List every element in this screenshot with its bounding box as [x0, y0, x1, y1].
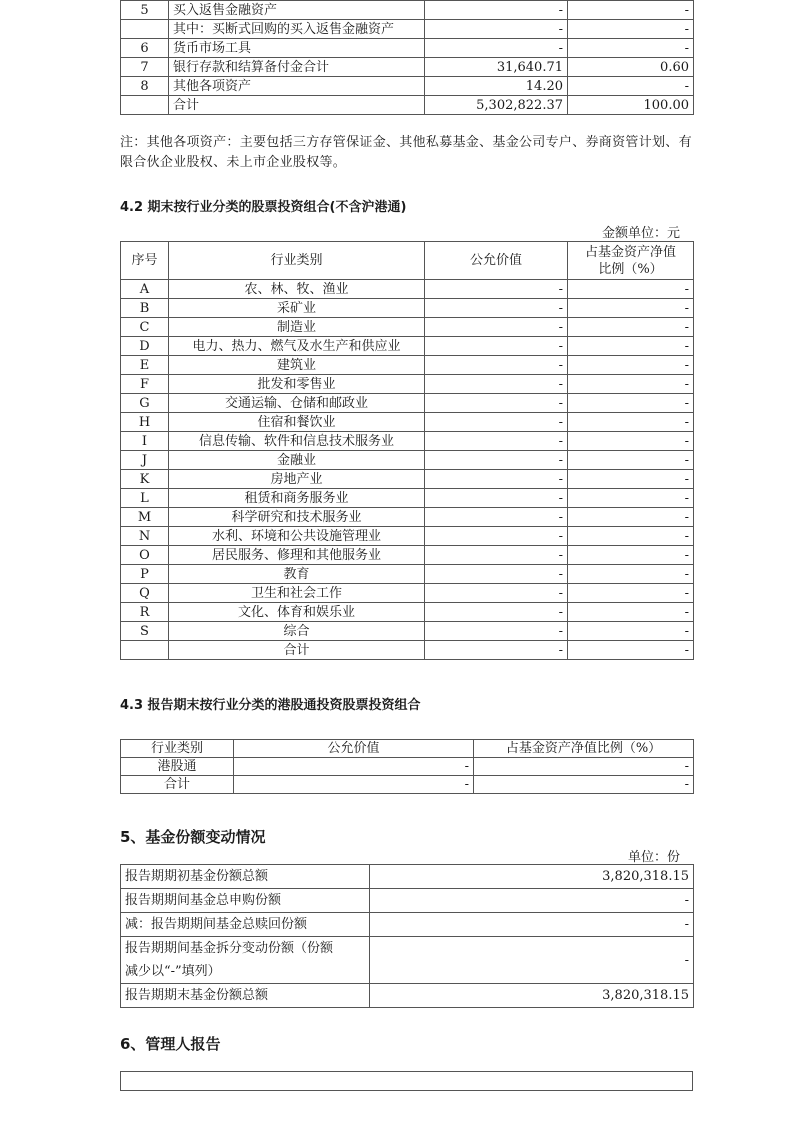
row-code: P [121, 565, 169, 584]
row-category: 农、林、牧、渔业 [169, 280, 425, 299]
row-pct: - [568, 489, 694, 508]
row-category: 房地产业 [169, 470, 425, 489]
section-6-title: 6、管理人报告 [120, 1033, 220, 1054]
row-value: - [425, 546, 568, 565]
row-pct: - [568, 375, 694, 394]
table-row: S综合-- [121, 622, 694, 641]
section-4-3-title: 4.3 报告期末按行业分类的港股通投资股票投资组合 [120, 694, 421, 713]
row-value: - [425, 318, 568, 337]
row-value: - [370, 889, 694, 913]
table-row: N水利、环境和公共设施管理业-- [121, 527, 694, 546]
row-code: K [121, 470, 169, 489]
row-value: - [425, 356, 568, 375]
row-value: - [425, 413, 568, 432]
row-category: 港股通 [121, 758, 234, 776]
row-label: 报告期期间基金拆分变动份额（份额 减少以“-”填列） [121, 937, 370, 984]
row-value: - [234, 758, 474, 776]
section-4-2-title: 4.2 期末按行业分类的股票投资组合(不含沪港通) [120, 196, 406, 215]
row-value: - [425, 375, 568, 394]
row-category: 综合 [169, 622, 425, 641]
section-5-title: 5、基金份额变动情况 [120, 826, 265, 847]
row-code: R [121, 603, 169, 622]
row-category: 科学研究和技术服务业 [169, 508, 425, 527]
row-item: 银行存款和结算备付金合计 [169, 58, 425, 77]
table-row: L租赁和商务服务业-- [121, 489, 694, 508]
row-pct: - [568, 603, 694, 622]
manager-report-box [120, 1071, 693, 1091]
row-category: 批发和零售业 [169, 375, 425, 394]
row-code: C [121, 318, 169, 337]
table-row: G交通运输、仓储和邮政业-- [121, 394, 694, 413]
row-value: - [425, 337, 568, 356]
row-code: S [121, 622, 169, 641]
row-code [121, 641, 169, 660]
row-label: 减：报告期期间基金总赎回份额 [121, 913, 370, 937]
row-category: 合计 [121, 776, 234, 794]
row-category: 租赁和商务服务业 [169, 489, 425, 508]
row-value: - [425, 280, 568, 299]
row-pct: - [568, 451, 694, 470]
industry-stock-table: 序号 行业类别 公允价值 占基金资产净值 比例（%） A农、林、牧、渔业--B采… [120, 241, 694, 660]
header-category: 行业类别 [121, 740, 234, 758]
row-category: 教育 [169, 565, 425, 584]
row-value: - [425, 527, 568, 546]
row-category: 采矿业 [169, 299, 425, 318]
row-pct: - [568, 77, 694, 96]
row-pct: - [568, 565, 694, 584]
table-row: F批发和零售业-- [121, 375, 694, 394]
row-pct: 0.60 [568, 58, 694, 77]
table-row: 港股通-- [121, 758, 694, 776]
table-row: 7银行存款和结算备付金合计31,640.710.60 [121, 58, 694, 77]
asset-allocation-table: 5买入返售金融资产--其中：买断式回购的买入返售金融资产--6货币市场工具--7… [120, 0, 694, 115]
row-code: N [121, 527, 169, 546]
row-code: H [121, 413, 169, 432]
row-value: - [425, 489, 568, 508]
header-fair-value: 公允价值 [234, 740, 474, 758]
row-label: 报告期期间基金总申购份额 [121, 889, 370, 913]
row-value: - [425, 299, 568, 318]
table-row: O居民服务、修理和其他服务业-- [121, 546, 694, 565]
row-category: 交通运输、仓储和邮政业 [169, 394, 425, 413]
row-category: 住宿和餐饮业 [169, 413, 425, 432]
row-value: - [425, 565, 568, 584]
row-category: 居民服务、修理和其他服务业 [169, 546, 425, 565]
row-pct: - [568, 470, 694, 489]
row-category: 卫生和社会工作 [169, 584, 425, 603]
section-5-unit: 单位：份 [580, 846, 680, 865]
row-value: - [425, 1, 568, 20]
row-number [121, 96, 169, 115]
row-pct: - [568, 394, 694, 413]
table-row: 其中：买断式回购的买入返售金融资产-- [121, 20, 694, 39]
row-code: G [121, 394, 169, 413]
row-pct: - [568, 413, 694, 432]
row-pct: - [568, 280, 694, 299]
table-row: 6货币市场工具-- [121, 39, 694, 58]
table-row: 5买入返售金融资产-- [121, 1, 694, 20]
fund-share-change-table: 报告期期初基金份额总额 3,820,318.15 报告期期间基金总申购份额 - … [120, 864, 694, 1008]
table-row: H住宿和餐饮业-- [121, 413, 694, 432]
row-code: I [121, 432, 169, 451]
row-pct: - [568, 356, 694, 375]
row-number: 6 [121, 39, 169, 58]
table-row: I信息传输、软件和信息技术服务业-- [121, 432, 694, 451]
row-code: Q [121, 584, 169, 603]
row-category: 电力、热力、燃气及水生产和供应业 [169, 337, 425, 356]
row-pct: - [568, 584, 694, 603]
row-pct: 100.00 [568, 96, 694, 115]
other-assets-note: 注：其他各项资产：主要包括三方存管保证金、其他私募基金、基金公司专户、券商资管计… [120, 133, 695, 173]
table-row: C制造业-- [121, 318, 694, 337]
row-pct: - [568, 20, 694, 39]
header-pct: 占基金资产净值 比例（%） [568, 242, 694, 280]
table-row: 合计-- [121, 776, 694, 794]
row-value: - [425, 432, 568, 451]
table-row: E建筑业-- [121, 356, 694, 375]
row-value: - [425, 622, 568, 641]
row-value: - [425, 641, 568, 660]
row-code: E [121, 356, 169, 375]
row-value: 3,820,318.15 [370, 865, 694, 889]
row-pct: - [568, 318, 694, 337]
row-value: - [425, 470, 568, 489]
table-row: D电力、热力、燃气及水生产和供应业-- [121, 337, 694, 356]
table-row: Q卫生和社会工作-- [121, 584, 694, 603]
table-row: J金融业-- [121, 451, 694, 470]
row-value: - [425, 20, 568, 39]
table-row: P教育-- [121, 565, 694, 584]
row-category: 制造业 [169, 318, 425, 337]
row-code: A [121, 280, 169, 299]
row-value: - [425, 584, 568, 603]
row-category: 合计 [169, 641, 425, 660]
row-item: 其中：买断式回购的买入返售金融资产 [169, 20, 425, 39]
row-value: - [425, 603, 568, 622]
row-value: 14.20 [425, 77, 568, 96]
table-row: R文化、体育和娱乐业-- [121, 603, 694, 622]
section-4-2-unit: 金额单位：元 [560, 222, 680, 241]
row-category: 文化、体育和娱乐业 [169, 603, 425, 622]
table-row: A农、林、牧、渔业-- [121, 280, 694, 299]
header-pct: 占基金资产净值比例（%） [474, 740, 694, 758]
row-category: 建筑业 [169, 356, 425, 375]
row-pct: - [568, 432, 694, 451]
table-row: M科学研究和技术服务业-- [121, 508, 694, 527]
row-number: 5 [121, 1, 169, 20]
header-no: 序号 [121, 242, 169, 280]
row-value: 31,640.71 [425, 58, 568, 77]
table-row: 合计5,302,822.37100.00 [121, 96, 694, 115]
row-value: - [425, 508, 568, 527]
header-fair-value: 公允价值 [425, 242, 568, 280]
hk-connect-table: 行业类别 公允价值 占基金资产净值比例（%） 港股通--合计-- [120, 739, 694, 794]
row-pct: - [568, 1, 694, 20]
table-row: B采矿业-- [121, 299, 694, 318]
table-row: 合计-- [121, 641, 694, 660]
row-pct: - [568, 546, 694, 565]
row-pct: - [568, 299, 694, 318]
row-item: 买入返售金融资产 [169, 1, 425, 20]
row-pct: - [474, 758, 694, 776]
row-category: 金融业 [169, 451, 425, 470]
row-item: 货币市场工具 [169, 39, 425, 58]
row-number: 8 [121, 77, 169, 96]
row-pct: - [568, 39, 694, 58]
row-number: 7 [121, 58, 169, 77]
row-value: 5,302,822.37 [425, 96, 568, 115]
row-value: - [234, 776, 474, 794]
table-row: K房地产业-- [121, 470, 694, 489]
row-code: L [121, 489, 169, 508]
row-pct: - [474, 776, 694, 794]
row-pct: - [568, 641, 694, 660]
row-pct: - [568, 527, 694, 546]
row-value: 3,820,318.15 [370, 984, 694, 1008]
row-value: - [425, 39, 568, 58]
row-label: 报告期期末基金份额总额 [121, 984, 370, 1008]
row-code: B [121, 299, 169, 318]
row-category: 水利、环境和公共设施管理业 [169, 527, 425, 546]
row-value: - [425, 394, 568, 413]
header-category: 行业类别 [169, 242, 425, 280]
row-item: 其他各项资产 [169, 77, 425, 96]
table-row: 8其他各项资产14.20- [121, 77, 694, 96]
row-code: O [121, 546, 169, 565]
row-code: D [121, 337, 169, 356]
row-pct: - [568, 622, 694, 641]
row-number [121, 20, 169, 39]
row-value: - [370, 937, 694, 984]
row-value: - [425, 451, 568, 470]
row-item: 合计 [169, 96, 425, 115]
row-pct: - [568, 337, 694, 356]
row-value: - [370, 913, 694, 937]
row-label: 报告期期初基金份额总额 [121, 865, 370, 889]
row-code: F [121, 375, 169, 394]
row-pct: - [568, 508, 694, 527]
row-category: 信息传输、软件和信息技术服务业 [169, 432, 425, 451]
row-code: M [121, 508, 169, 527]
row-code: J [121, 451, 169, 470]
